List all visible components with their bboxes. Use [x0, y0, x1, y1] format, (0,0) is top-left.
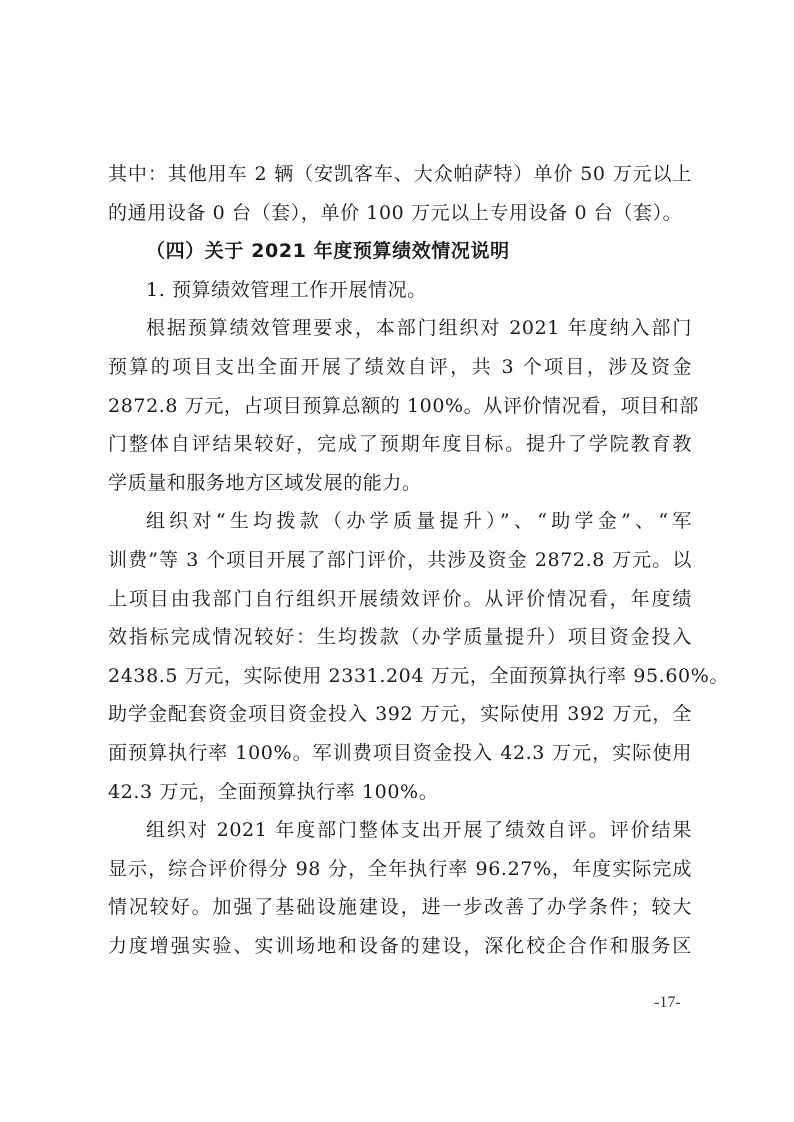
body-line: 预算的项目支出全面开展了绩效自评，共 3 个项目，涉及资金 [108, 348, 692, 387]
paragraph-start: 组织对“生均拨款（办学质量提升）”、“助学金”、“军 [108, 502, 692, 541]
body-line: 情况较好。加强了基础设施建设，进一步改善了办学条件；较大 [108, 888, 692, 927]
body-line: 上项目由我部门自行组织开展绩效评价。从评价情况看，年度绩 [108, 580, 692, 619]
body-line: 力度增强实验、实训场地和设备的建设，深化校企合作和服务区 [108, 927, 692, 966]
body-line: 其中：其他用车 2 辆（安凯客车、大众帕萨特）单价 50 万元以上 [108, 155, 692, 194]
paragraph-start: 根据预算绩效管理要求，本部门组织对 2021 年度纳入部门 [108, 309, 692, 348]
body-line: 显示，综合评价得分 98 分，全年执行率 96.27%，年度实际完成 [108, 850, 692, 889]
body-line: 2438.5 万元，实际使用 2331.204 万元，全面预算执行率 95.60… [108, 657, 692, 696]
body-line: 42.3 万元，全面预算执行率 100%。 [108, 773, 692, 812]
body-line: 2872.8 万元，占项目预算总额的 100%。从评价情况看，项目和部 [108, 387, 692, 426]
body-line: 助学金配套资金项目资金投入 392 万元，实际使用 392 万元，全 [108, 695, 692, 734]
section-heading: （四）关于 2021 年度预算绩效情况说明 [108, 232, 692, 271]
subsection-title: 1. 预算绩效管理工作开展情况。 [108, 271, 692, 310]
body-line: 的通用设备 0 台（套），单价 100 万元以上专用设备 0 台（套）。 [108, 194, 692, 233]
body-line: 门整体自评结果较好，完成了预期年度目标。提升了学院教育教 [108, 425, 692, 464]
body-line: 效指标完成情况较好：生均拨款（办学质量提升）项目资金投入 [108, 618, 692, 657]
document-page: 其中：其他用车 2 辆（安凯客车、大众帕萨特）单价 50 万元以上 的通用设备 … [108, 155, 692, 965]
page-number: -17- [654, 994, 681, 1012]
body-line: 面预算执行率 100%。军训费项目资金投入 42.3 万元，实际使用 [108, 734, 692, 773]
body-line: 学质量和服务地方区域发展的能力。 [108, 464, 692, 503]
paragraph-start: 组织对 2021 年度部门整体支出开展了绩效自评。评价结果 [108, 811, 692, 850]
body-line: 训费”等 3 个项目开展了部门评价，共涉及资金 2872.8 万元。以 [108, 541, 692, 580]
